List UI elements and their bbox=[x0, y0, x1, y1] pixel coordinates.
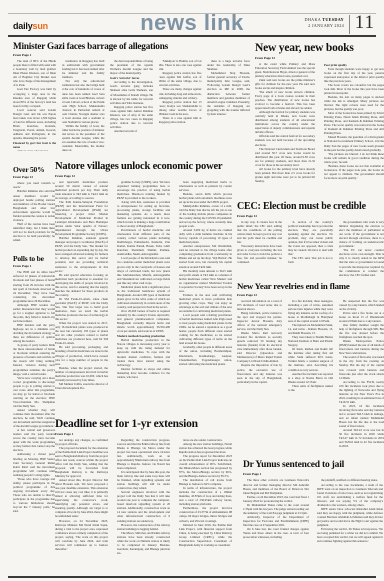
from-page-label: From Page 12 bbox=[237, 293, 384, 297]
article-column: there is a huge terrorist force under th… bbox=[207, 59, 250, 151]
article-columns: received information on a total of 975 i… bbox=[237, 299, 384, 457]
article-column: institution in Rupganj has built an audi… bbox=[62, 59, 105, 151]
article-columns: in any way. It creates fear in the publi… bbox=[237, 220, 384, 278]
article-polls-to-be: Polls to be From Page 1 The BNP and its … bbox=[13, 255, 55, 570]
article-column: in any way. It creates fear in the publi… bbox=[237, 220, 282, 278]
article-column: 'Muktijote' is Hamid, son of Lal Mia. Th… bbox=[159, 59, 202, 151]
article-headline: New year, new books bbox=[255, 42, 384, 54]
dateline-date: 2 JANUARY 2024 bbox=[305, 23, 344, 29]
page-number: 11 bbox=[355, 12, 375, 34]
article-column: and Ayurvedic medicines produce around 5… bbox=[55, 180, 108, 410]
article-column: been supplying medicinal herbs to wholes… bbox=[179, 180, 232, 410]
article-headline: Deadline set for 1-yr extension bbox=[55, 418, 232, 430]
article-headline: Minister Gazi faces barrage of allegatio… bbox=[13, 42, 250, 52]
article-column: where you need tourism to reach.'Habibur… bbox=[13, 181, 55, 253]
article-column: the dual responsibilities of being the p… bbox=[110, 59, 153, 151]
from-page-label: From Page 12 bbox=[255, 56, 384, 60]
from-page-label: From Page 1 bbox=[13, 53, 250, 57]
article-headline: Natore villages unlock economic power bbox=[55, 161, 232, 172]
article-headline: Over 50% bbox=[13, 166, 55, 174]
article-headline: Dr Yunus sentenced to jail bbox=[243, 461, 384, 471]
masthead-rule bbox=[8, 35, 376, 37]
article-column: The three other convicts are Grameen Tel… bbox=[243, 478, 309, 570]
from-page-label: From Page 1 bbox=[13, 264, 55, 268]
from-page-label: From Page 12 bbox=[13, 175, 55, 179]
article-headline: CEC: Election must be credible bbox=[237, 202, 384, 213]
article-yunus-sentenced: Dr Yunus sentenced to jail From Page 1 T… bbox=[243, 461, 384, 570]
article-column: He suspected that the fire was caused by… bbox=[339, 299, 384, 457]
article-deadline-extension: Deadline set for 1-yr extension From Pag… bbox=[55, 418, 232, 571]
article-column: Poor print qualityEven though students w… bbox=[324, 62, 384, 195]
article-columns: The BNP and its allies have enforced 12 … bbox=[13, 270, 55, 570]
from-page-label: From Page 1 bbox=[243, 472, 384, 476]
article-column: the government. Our work is very limited… bbox=[339, 220, 384, 278]
newspaper-page: dailysun news link DHAKA TUESDAY 2 JANUA… bbox=[0, 0, 384, 581]
article-cec-election: CEC: Election must be credible From Page… bbox=[237, 202, 384, 278]
from-page-label: From Page 12 bbox=[55, 174, 232, 178]
article-headline: Polls to be bbox=[13, 255, 55, 263]
article-column: gramme Society (UDPS), said, 'We have or… bbox=[117, 180, 170, 410]
bottom-rule bbox=[8, 576, 376, 578]
article-natore-villages: Natore villages unlock economic power Fr… bbox=[55, 161, 232, 410]
article-column: Regarding the construction progress, sou… bbox=[117, 438, 170, 571]
article-column: not undergo any changes, as confirmed by… bbox=[55, 438, 108, 571]
article-column: the plaintiff, testified on different he… bbox=[317, 478, 383, 570]
article-column: The BNP and its allies have enforced 12 … bbox=[13, 270, 55, 570]
dateline: DHAKA TUESDAY 2 JANUARY 2024 bbox=[305, 17, 344, 30]
dateline-city: DHAKA bbox=[305, 17, 321, 22]
article-minister-gazi: Minister Gazi faces barrage of allegatio… bbox=[13, 42, 250, 151]
page-number-divider bbox=[349, 15, 350, 34]
article-column: received information on a total of 975 i… bbox=[237, 299, 282, 457]
article-columns: where you need tourism to reach.'Habibur… bbox=[13, 181, 55, 253]
article-column: 'A section of the country's political le… bbox=[288, 220, 333, 278]
article-columns: not undergo any changes, as confirmed by… bbox=[55, 438, 232, 571]
article-columns: The three other convicts are Grameen Tel… bbox=[243, 478, 384, 570]
article-columns: and Ayurvedic medicines produce around 5… bbox=[55, 180, 232, 410]
article-column: tions are also under construction.Among … bbox=[179, 438, 232, 571]
article-new-year-new-books: New year, new books From Page 12 at the … bbox=[255, 42, 384, 195]
from-page-label: From Page 12 bbox=[237, 214, 384, 218]
article-over-50: Over 50% From Page 12 where you need tou… bbox=[13, 166, 55, 253]
from-page-label: From Page 1 bbox=[55, 432, 232, 436]
article-column: at the event while Primary and Mass Educ… bbox=[255, 62, 315, 195]
article-columns: at the event while Primary and Mass Educ… bbox=[255, 62, 384, 195]
article-headline: New Year revelries end in flame bbox=[237, 282, 384, 291]
article-column: In a fire incident, three teenagers, inc… bbox=[288, 299, 333, 457]
article-new-year-revelries: New Year revelries end in flame From Pag… bbox=[237, 282, 384, 457]
article-columns: The land of 80% of the Hindu people ther… bbox=[13, 59, 250, 151]
dateline-day: TUESDAY bbox=[322, 17, 344, 22]
article-column: The land of 80% of the Hindu people ther… bbox=[13, 59, 56, 151]
